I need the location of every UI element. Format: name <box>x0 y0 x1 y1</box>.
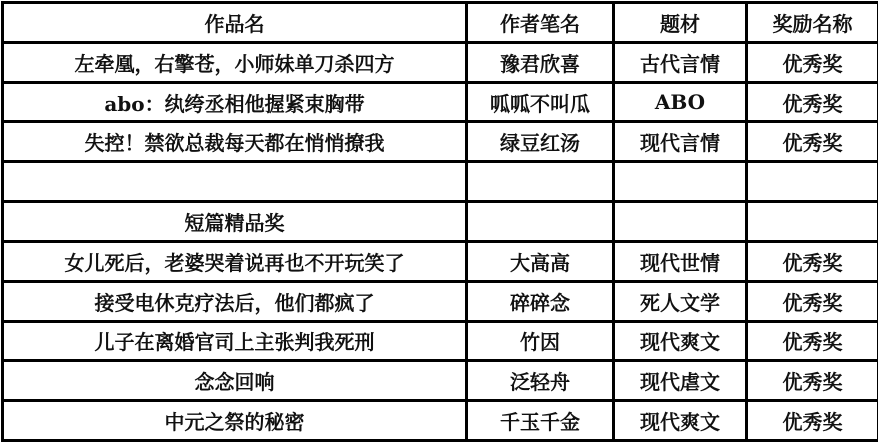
cell-empty <box>467 162 614 202</box>
cell-empty <box>747 202 878 242</box>
cell-genre: 古代言情 <box>614 42 747 82</box>
cell-author: 千玉千金 <box>467 401 614 441</box>
section-label: 短篇精品奖 <box>3 202 467 242</box>
table-row: 念念回响 泛轻舟 现代虐文 优秀奖 <box>3 361 878 401</box>
header-title: 作品名 <box>3 3 467 43</box>
cell-empty <box>467 202 614 242</box>
cell-title: abo：纨绔丞相他握紧束胸带 <box>3 82 467 122</box>
cell-author: 竹因 <box>467 321 614 361</box>
cell-award: 优秀奖 <box>747 42 878 82</box>
cell-award: 优秀奖 <box>747 361 878 401</box>
table-row: 中元之祭的秘密 千玉千金 现代爽文 优秀奖 <box>3 401 878 441</box>
cell-author: 大高高 <box>467 241 614 281</box>
table-row: 左牵凰，右擎苍，小师妹单刀杀四方 豫君欣喜 古代言情 优秀奖 <box>3 42 878 82</box>
cell-title: 儿子在离婚官司上主张判我死刑 <box>3 321 467 361</box>
table-row: 接受电休克疗法后，他们都疯了 碎碎念 死人文学 优秀奖 <box>3 281 878 321</box>
cell-title: 女儿死后，老婆哭着说再也不开玩笑了 <box>3 241 467 281</box>
cell-title: 失控！禁欲总裁每天都在悄悄撩我 <box>3 122 467 162</box>
table-row: 儿子在离婚官司上主张判我死刑 竹因 现代爽文 优秀奖 <box>3 321 878 361</box>
cell-award: 优秀奖 <box>747 122 878 162</box>
cell-award: 优秀奖 <box>747 281 878 321</box>
cell-author: 泛轻舟 <box>467 361 614 401</box>
header-genre: 题材 <box>614 3 747 43</box>
cell-empty <box>614 162 747 202</box>
awards-table: 作品名 作者笔名 题材 奖励名称 左牵凰，右擎苍，小师妹单刀杀四方 豫君欣喜 古… <box>1 1 878 442</box>
cell-genre: 现代世情 <box>614 241 747 281</box>
cell-title: 左牵凰，右擎苍，小师妹单刀杀四方 <box>3 42 467 82</box>
table-row: 女儿死后，老婆哭着说再也不开玩笑了 大高高 现代世情 优秀奖 <box>3 241 878 281</box>
cell-title: 接受电休克疗法后，他们都疯了 <box>3 281 467 321</box>
cell-genre: 现代爽文 <box>614 321 747 361</box>
cell-genre: 现代爽文 <box>614 401 747 441</box>
cell-author: 呱呱不叫瓜 <box>467 82 614 122</box>
section-row: 短篇精品奖 <box>3 202 878 242</box>
cell-genre: 现代言情 <box>614 122 747 162</box>
cell-title: 念念回响 <box>3 361 467 401</box>
cell-empty <box>3 162 467 202</box>
table-row: abo：纨绔丞相他握紧束胸带 呱呱不叫瓜 ABO 优秀奖 <box>3 82 878 122</box>
cell-empty <box>747 162 878 202</box>
cell-genre: 现代虐文 <box>614 361 747 401</box>
cell-author: 豫君欣喜 <box>467 42 614 82</box>
table-row: 失控！禁欲总裁每天都在悄悄撩我 绿豆红汤 现代言情 优秀奖 <box>3 122 878 162</box>
cell-empty <box>614 202 747 242</box>
blank-row <box>3 162 878 202</box>
header-author: 作者笔名 <box>467 3 614 43</box>
cell-genre: ABO <box>614 82 747 122</box>
cell-award: 优秀奖 <box>747 401 878 441</box>
cell-title: 中元之祭的秘密 <box>3 401 467 441</box>
cell-genre: 死人文学 <box>614 281 747 321</box>
cell-award: 优秀奖 <box>747 321 878 361</box>
header-row: 作品名 作者笔名 题材 奖励名称 <box>3 3 878 43</box>
cell-award: 优秀奖 <box>747 82 878 122</box>
cell-award: 优秀奖 <box>747 241 878 281</box>
cell-author: 绿豆红汤 <box>467 122 614 162</box>
header-award: 奖励名称 <box>747 3 878 43</box>
cell-author: 碎碎念 <box>467 281 614 321</box>
